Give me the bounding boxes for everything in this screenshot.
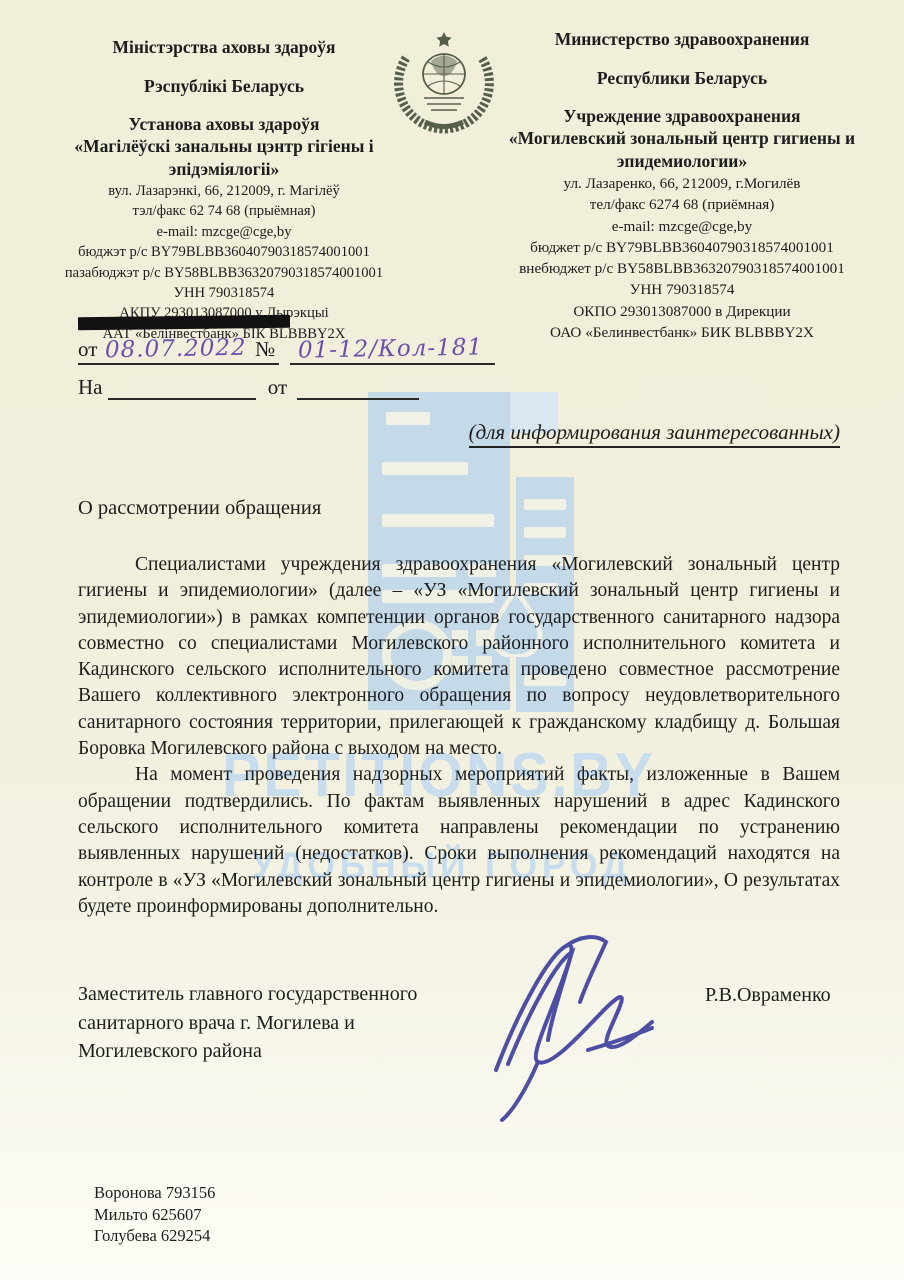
reference-block: от08.07.2022№ 01-12/Кол-181 На от <box>78 316 495 400</box>
body-paragraph-2: На момент проведения надзорных мероприят… <box>78 762 840 920</box>
okpo-line: ОКПО 293013087000 в Дирекции <box>506 301 858 322</box>
budget-account-line: бюджет р/с BY79BLBB36040790318574001001 <box>506 237 858 258</box>
bank-line: ОАО «Белинвестбанк» БИК BLBBBY2X <box>506 322 858 343</box>
belarus-emblem-icon <box>394 30 494 134</box>
body-paragraph-1: Специалистами учреждения здравоохранения… <box>78 552 840 762</box>
ministry-name-by: Міністэрства аховы здароўя <box>58 36 390 58</box>
number-sign: № <box>255 337 275 361</box>
signer-name: Р.В.Овраменко <box>705 984 831 1007</box>
state-emblem <box>390 28 498 344</box>
email-line: e-mail: mzcge@cge,by <box>506 216 858 237</box>
handwritten-signature <box>468 932 698 1122</box>
na-label: На <box>78 375 103 399</box>
subject-line: О рассмотрении обращения <box>78 497 321 520</box>
unn-line: УНН 790318574 <box>58 283 390 303</box>
org-type-by: Установа аховы здароўя <box>58 113 390 135</box>
email-line: e-mail: mzcge@cge,by <box>58 222 390 242</box>
address-line: вул. Лазарэнкі, 66, 212009, г. Магілёў <box>58 181 390 201</box>
signer-title-line: Заместитель главного государственного <box>78 980 478 1009</box>
phone-line: тэл/факс 62 74 68 (прыёмная) <box>58 201 390 221</box>
recipient-note: (для информирования заинтересованных) <box>469 420 840 448</box>
from-label: от <box>78 337 97 361</box>
letterhead-russian: Министерство здравоохранения Республики … <box>498 28 858 344</box>
footer-contacts: Воронова 793156 Мильто 625607 Голубева 6… <box>94 1182 215 1247</box>
incoming-date-blank <box>297 378 419 400</box>
ministry-name-ru: Министерство здравоохранения <box>506 28 858 50</box>
signer-title: Заместитель главного государственного са… <box>78 980 478 1066</box>
scanned-letter-page: PETITIONS.BY УДОБНЫЙ ГОРОД Міністэрства … <box>0 0 904 1280</box>
extrabudget-account-line: пазабюджэт р/с BY58BLBB36320790318574001… <box>58 263 390 283</box>
letter-body: Специалистами учреждения здравоохранения… <box>78 552 840 920</box>
country-name-ru: Республики Беларусь <box>506 67 858 89</box>
address-line: ул. Лазаренко, 66, 212009, г.Могилёв <box>506 173 858 194</box>
ot-label: от <box>268 375 287 399</box>
org-details-ru: ул. Лазаренко, 66, 212009, г.Могилёв тел… <box>506 173 858 343</box>
phone-line: тел/факс 6274 68 (приёмная) <box>506 194 858 215</box>
letterhead: Міністэрства аховы здароўя Рэспублікі Бе… <box>58 28 858 344</box>
letterhead-belarusian: Міністэрства аховы здароўя Рэспублікі Бе… <box>58 28 390 344</box>
contact-line: Голубева 629254 <box>94 1225 215 1247</box>
country-name-by: Рэспублікі Беларусь <box>58 75 390 97</box>
incoming-reference-line: На от <box>78 375 495 400</box>
contact-line: Мильто 625607 <box>94 1204 215 1226</box>
signer-title-line: Могилевского района <box>78 1037 478 1066</box>
extrabudget-account-line: внебюджет р/с BY58BLBB363207903185740010… <box>506 258 858 279</box>
budget-account-line: бюджэт р/с BY79BLBB36040790318574001001 <box>58 242 390 262</box>
unn-line: УНН 790318574 <box>506 279 858 300</box>
signature-block: Заместитель главного государственного са… <box>78 980 840 1066</box>
redaction-bar <box>78 315 290 331</box>
incoming-number-blank <box>108 378 256 400</box>
handwritten-date: 08.07.2022 <box>97 335 255 364</box>
outgoing-reference-line: от08.07.2022№ 01-12/Кол-181 <box>78 336 495 365</box>
org-type-ru: Учреждение здравоохранения <box>506 105 858 127</box>
signer-title-line: санитарного врача г. Могилева и <box>78 1009 478 1038</box>
org-name-by: «Магілёўскі занальны цэнтр гігіены і эпі… <box>58 135 390 180</box>
org-name-ru: «Могилевский зональный центр гигиены и э… <box>506 127 858 172</box>
contact-line: Воронова 793156 <box>94 1182 215 1204</box>
handwritten-number: 01-12/Кол-181 <box>290 334 491 364</box>
